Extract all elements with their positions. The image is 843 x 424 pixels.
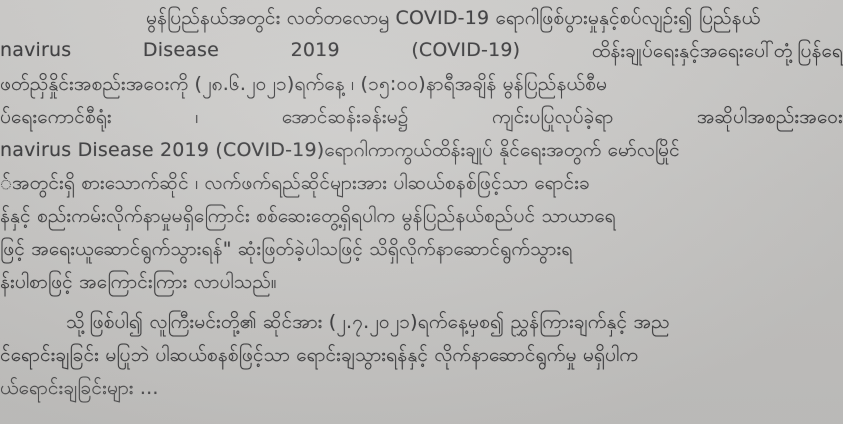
text-segment: အဆိုပါအစည်းအဝေး — [697, 105, 843, 133]
text-segment: ပ်ရေးကောင်စီရုံး — [0, 105, 112, 133]
text-segment: (COVID-19) — [411, 39, 520, 67]
text-segment: ၊ — [195, 105, 198, 133]
text-line: သို့ဖြစ်ပါ၍ လူကြီးမင်းတို့၏ ဆိုင်အား (၂.… — [66, 310, 670, 338]
text-line: န်နှင့် စည်းကမ်းလိုက်နာမှုမရှိကြောင်း စစ… — [0, 204, 616, 232]
text-segment: ကျင်းပပြုလုပ်ခဲ့ရာ — [492, 105, 613, 133]
text-segment: ထိန်းချုပ်ရေးနှင့်အရေးပေါ်တုံ့ပြန်ရေ — [592, 39, 843, 67]
text-line: ဖြင့် အရေးယူဆောင်ရွက်သွားရန်" ဆုံးဖြတ်ခဲ… — [0, 237, 572, 265]
text-line: မွန်ပြည်နယ်အတွင်း လတ်တလောၝ COVID-19 ရောဂ… — [146, 6, 760, 34]
text-segment: navirus — [0, 39, 71, 67]
text-line: ပ်ရေးကောင်စီရုံး ၊ အောင်ဆန်းခန်းမ၌ ကျင်း… — [0, 105, 843, 133]
text-line: ဖတ်ညှိနှိုင်းအစည်းအဝေးကို (၂၈.၆.၂၀၂၁)ရက်… — [0, 72, 607, 100]
text-line: င်ရောင်းချခြင်း မပြုဘဲ ပါဆယ်စနစ်ဖြင့်သာ … — [0, 343, 638, 371]
document-page: မွန်ပြည်နယ်အတွင်း လတ်တလောၝ COVID-19 ရောဂ… — [0, 0, 843, 424]
text-line: navirus Disease 2019 (COVID-19) ထိန်းချု… — [0, 39, 843, 67]
text-segment: အောင်ဆန်းခန်းမ၌ — [282, 105, 409, 133]
text-segment: 2019 — [291, 39, 340, 67]
text-line: န်းပါစာဖြင့် အကြောင်းကြား လာပါသည်။ — [0, 270, 277, 298]
text-segment: Disease — [143, 39, 219, 67]
text-line: ယ်ရောင်းချခြင်းများ ... — [0, 376, 159, 404]
text-line: navirus Disease 2019 (COVID-19)ရောဂါကာကွ… — [0, 138, 680, 166]
text-line: ်အတွင်းရှိ စားသောက်ဆိုင် ၊ လက်ဖက်ရည်ဆိုင… — [0, 171, 590, 199]
